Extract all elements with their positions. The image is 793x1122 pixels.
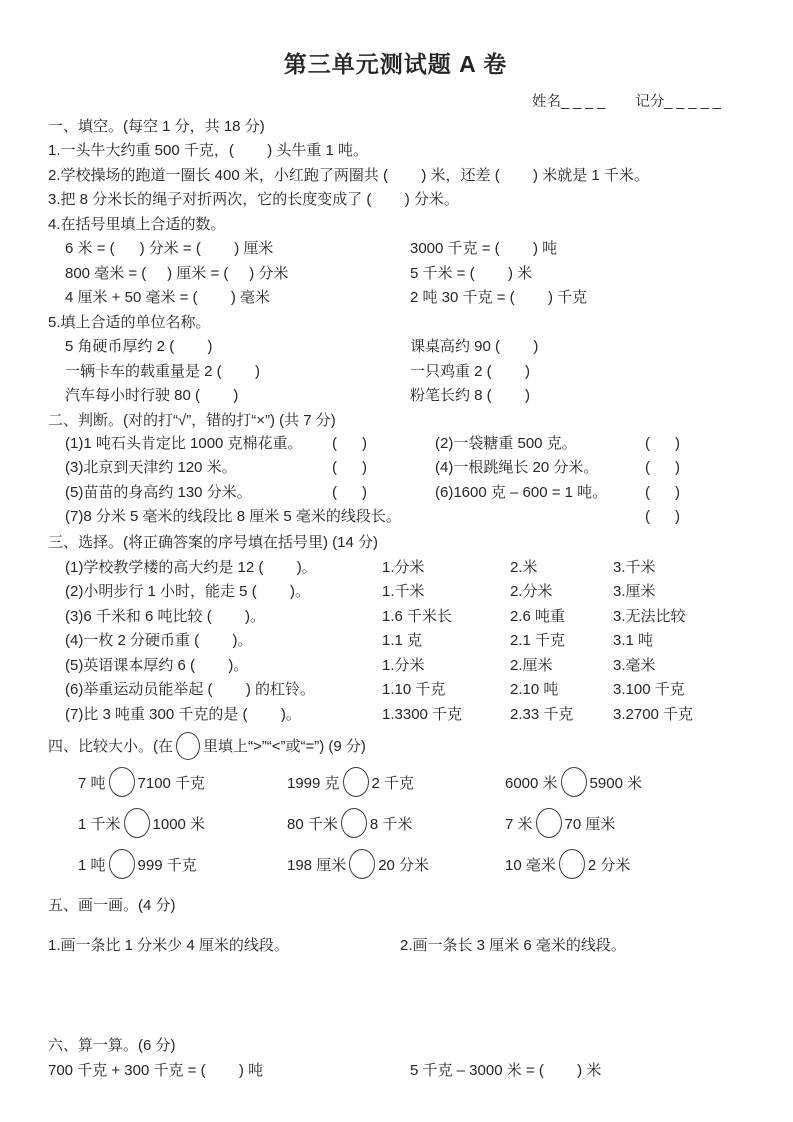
choice-option: 3.无法比较 xyxy=(613,605,743,626)
draw-items-row: 1.画一条比 1 分米少 4 厘米的线段。 2.画一条长 3 厘米 6 毫米的线… xyxy=(48,932,743,957)
compare-row: 7 吨 7100 千克 1999 克 2 千克 6000 米 5900 米 xyxy=(48,762,743,803)
fill-blank-right: 5 千米 = ( ) 米 xyxy=(410,262,532,283)
section-choice-heading: 三、选择。(将正确答案的序号填在括号里) (14 分) xyxy=(48,530,743,555)
fill-unit-right: 课桌高约 90 ( ) xyxy=(410,335,538,356)
judge-statement: (7)8 分米 5 毫米的线段比 8 厘米 5 毫米的线段长。 xyxy=(65,505,401,530)
fill-q5-row: 汽车每小时行驶 80 ( ) 粉笔长约 8 ( ) xyxy=(48,383,743,408)
answer-bracket: ( ) xyxy=(332,456,367,481)
choice-option: 2.33 千克 xyxy=(510,703,613,724)
choice-option: 2.10 吨 xyxy=(510,678,613,699)
compare-left: 7 米 xyxy=(505,813,533,834)
judge-statement: (4)一根跳绳长 20 分米。 xyxy=(435,456,598,481)
compare-item: 1 吨 999 千克 xyxy=(78,849,287,879)
choice-option: 2.分米 xyxy=(510,580,613,601)
compare-left: 1 吨 xyxy=(78,854,106,875)
compare-left: 10 毫米 xyxy=(505,854,556,875)
compare-left: 1 千米 xyxy=(78,813,121,834)
choice-option: 1.千米 xyxy=(382,580,510,601)
fill-q4-row: 4 厘米 + 50 毫米 = ( ) 毫米 2 吨 30 千克 = ( ) 千克 xyxy=(48,285,743,310)
fill-q5-row: 5 角硬币厚约 2 ( ) 课桌高约 90 ( ) xyxy=(48,334,743,359)
fill-q3: 3.把 8 分米长的绳子对折两次，它的长度变成了 ( ) 分米。 xyxy=(48,187,743,212)
section-draw-heading: 五、画一画。(4 分) xyxy=(48,893,743,918)
compare-right: 999 千克 xyxy=(138,854,197,875)
compare-left: 1999 克 xyxy=(287,772,340,793)
comparison-circle-icon xyxy=(536,808,562,838)
choice-question: (7)比 3 吨重 300 千克的是 ( )。 xyxy=(65,703,382,724)
judge-row: (5)苗苗的身高约 130 分米。 ( ) (6)1600 克 – 600 = … xyxy=(48,481,743,506)
fill-unit-right: 粉笔长约 8 ( ) xyxy=(410,384,530,405)
choice-row: (6)举重运动员能举起 ( ) 的杠铃。 1.10 千克 2.10 吨 3.10… xyxy=(48,677,743,702)
choice-question: (6)举重运动员能举起 ( ) 的杠铃。 xyxy=(65,678,382,699)
choice-option: 3.毫米 xyxy=(613,654,743,675)
compare-item: 1999 克 2 千克 xyxy=(287,767,505,797)
compare-right: 7100 千克 xyxy=(138,772,206,793)
comparison-circle-icon xyxy=(109,849,135,879)
name-field: 姓名_ _ _ _ xyxy=(532,90,605,111)
answer-bracket: ( ) xyxy=(645,456,680,481)
answer-bracket: ( ) xyxy=(645,432,680,457)
choice-option: 1.3300 千克 xyxy=(382,703,510,724)
section-compare-heading: 四、比较大小。(在 里填上“>”“<”或“=”) (9 分) xyxy=(48,730,743,762)
comparison-circle-icon xyxy=(559,849,585,879)
compare-right: 20 分米 xyxy=(378,854,429,875)
section-fill-heading: 一、填空。(每空 1 分，共 18 分) xyxy=(48,113,743,138)
compare-right: 1000 米 xyxy=(153,813,206,834)
worksheet-page: 第三单元测试题 A 卷 姓名_ _ _ _ 记分_ _ _ _ _ 一、填空。(… xyxy=(0,0,793,1122)
choice-option: 3.2700 千克 xyxy=(613,703,743,724)
judge-statement: (3)北京到天津约 120 米。 xyxy=(65,456,237,481)
comparison-circle-icon xyxy=(561,767,587,797)
comparison-circle-icon xyxy=(341,808,367,838)
answer-bracket: ( ) xyxy=(332,481,367,506)
choice-row: (7)比 3 吨重 300 千克的是 ( )。 1.3300 千克 2.33 千… xyxy=(48,701,743,726)
calc-item: 5 千克 – 3000 米 = ( ) 米 xyxy=(410,1059,743,1080)
choice-option: 1.分米 xyxy=(382,556,510,577)
choice-row: (2)小明步行 1 小时，能走 5 ( )。 1.千米 2.分米 3.厘米 xyxy=(48,579,743,604)
choice-option: 2.米 xyxy=(510,556,613,577)
choice-option: 3.1 吨 xyxy=(613,629,743,650)
compare-item: 7 米 70 厘米 xyxy=(505,808,743,838)
compare-item: 7 吨 7100 千克 xyxy=(78,767,287,797)
judge-statement: (2)一袋糖重 500 克。 xyxy=(435,432,577,457)
fill-unit-left: 5 角硬币厚约 2 ( ) xyxy=(65,335,410,356)
compare-left: 6000 米 xyxy=(505,772,558,793)
compare-right: 2 分米 xyxy=(588,854,631,875)
calc-items-row: 700 千克 + 300 千克 = ( ) 吨 5 千克 – 3000 米 = … xyxy=(48,1057,743,1082)
compare-left: 198 厘米 xyxy=(287,854,346,875)
name-score-row: 姓名_ _ _ _ 记分_ _ _ _ _ xyxy=(48,89,743,111)
answer-bracket: ( ) xyxy=(645,481,680,506)
compare-item: 198 厘米 20 分米 xyxy=(287,849,505,879)
compare-item: 10 毫米 2 分米 xyxy=(505,849,743,879)
judge-row: (3)北京到天津约 120 米。 ( ) (4)一根跳绳长 20 分米。 ( ) xyxy=(48,456,743,481)
fill-blank-left: 6 米 = ( ) 分米 = ( ) 厘米 xyxy=(65,237,410,258)
choice-option: 3.厘米 xyxy=(613,580,743,601)
fill-q5: 5.填上合适的单位名称。 xyxy=(48,309,743,334)
fill-q4: 4.在括号里填上合适的数。 xyxy=(48,211,743,236)
comparison-circle-icon xyxy=(176,732,200,760)
compare-right: 5900 米 xyxy=(590,772,643,793)
compare-row: 1 吨 999 千克 198 厘米 20 分米 10 毫米 2 分米 xyxy=(48,844,743,885)
page-title: 第三单元测试题 A 卷 xyxy=(48,46,743,79)
choice-option: 1.1 克 xyxy=(382,629,510,650)
section-calc-heading: 六、算一算。(6 分) xyxy=(48,1033,743,1058)
fill-unit-right: 一只鸡重 2 ( ) xyxy=(410,360,530,381)
fill-blank-left: 4 厘米 + 50 毫米 = ( ) 毫米 xyxy=(65,286,410,307)
choice-option: 2.厘米 xyxy=(510,654,613,675)
choice-option: 2.1 千克 xyxy=(510,629,613,650)
compare-right: 8 千米 xyxy=(370,813,413,834)
judge-statement: (5)苗苗的身高约 130 分米。 xyxy=(65,481,252,506)
choice-row: (3)6 千米和 6 吨比较 ( )。 1.6 千米长 2.6 吨重 3.无法比… xyxy=(48,603,743,628)
choice-option: 1.6 千米长 xyxy=(382,605,510,626)
choice-row: (4)一枚 2 分硬币重 ( )。 1.1 克 2.1 千克 3.1 吨 xyxy=(48,628,743,653)
fill-q1: 1.一头牛大约重 500 千克，( ) 头牛重 1 吨。 xyxy=(48,138,743,163)
comparison-circle-icon xyxy=(124,808,150,838)
choice-option: 2.6 吨重 xyxy=(510,605,613,626)
choice-question: (2)小明步行 1 小时，能走 5 ( )。 xyxy=(65,580,382,601)
choice-option: 3.千米 xyxy=(613,556,743,577)
compare-item: 80 千米 8 千米 xyxy=(287,808,505,838)
choice-option: 3.100 千克 xyxy=(613,678,743,699)
choice-option: 1.分米 xyxy=(382,654,510,675)
choice-question: (3)6 千米和 6 吨比较 ( )。 xyxy=(65,605,382,626)
judge-row: (7)8 分米 5 毫米的线段比 8 厘米 5 毫米的线段长。 ( ) xyxy=(48,505,743,530)
compare-heading-pre: 四、比较大小。(在 xyxy=(48,735,173,756)
fill-unit-left: 一辆卡车的载重量是 2 ( ) xyxy=(65,360,410,381)
choice-row: (5)英语课本厚约 6 ( )。 1.分米 2.厘米 3.毫米 xyxy=(48,652,743,677)
compare-row: 1 千米 1000 米 80 千米 8 千米 7 米 70 厘米 xyxy=(48,803,743,844)
fill-blank-right: 2 吨 30 千克 = ( ) 千克 xyxy=(410,286,587,307)
judge-statement: (1)1 吨石头肯定比 1000 克棉花重。 xyxy=(65,432,303,457)
calc-item: 700 千克 + 300 千克 = ( ) 吨 xyxy=(48,1059,410,1080)
fill-q4-row: 6 米 = ( ) 分米 = ( ) 厘米 3000 千克 = ( ) 吨 xyxy=(48,236,743,261)
compare-right: 2 千克 xyxy=(372,772,415,793)
choice-row: (1)学校教学楼的高大约是 12 ( )。 1.分米 2.米 3.千米 xyxy=(48,554,743,579)
fill-q2: 2.学校操场的跑道一圈长 400 米，小红跑了两圈共 ( ) 米，还差 ( ) … xyxy=(48,162,743,187)
compare-item: 1 千米 1000 米 xyxy=(78,808,287,838)
compare-right: 70 厘米 xyxy=(565,813,616,834)
comparison-circle-icon xyxy=(349,849,375,879)
section-judge-heading: 二、判断。(对的打“√”，错的打“×”) (共 7 分) xyxy=(48,407,743,432)
comparison-circle-icon xyxy=(109,767,135,797)
score-field: 记分_ _ _ _ _ xyxy=(635,90,720,111)
compare-left: 80 千米 xyxy=(287,813,338,834)
answer-bracket: ( ) xyxy=(645,505,680,530)
draw-item: 1.画一条比 1 分米少 4 厘米的线段。 xyxy=(48,934,400,955)
fill-blank-right: 3000 千克 = ( ) 吨 xyxy=(410,237,557,258)
judge-row: (1)1 吨石头肯定比 1000 克棉花重。 ( ) (2)一袋糖重 500 克… xyxy=(48,432,743,457)
choice-option: 1.10 千克 xyxy=(382,678,510,699)
draw-item: 2.画一条长 3 厘米 6 毫米的线段。 xyxy=(400,934,743,955)
choice-question: (1)学校教学楼的高大约是 12 ( )。 xyxy=(65,556,382,577)
fill-q5-row: 一辆卡车的载重量是 2 ( ) 一只鸡重 2 ( ) xyxy=(48,358,743,383)
fill-unit-left: 汽车每小时行驶 80 ( ) xyxy=(65,384,410,405)
compare-heading-post: 里填上“>”“<”或“=”) (9 分) xyxy=(203,735,366,756)
choice-question: (5)英语课本厚约 6 ( )。 xyxy=(65,654,382,675)
choice-question: (4)一枚 2 分硬币重 ( )。 xyxy=(65,629,382,650)
fill-q4-row: 800 毫米 = ( ) 厘米 = ( ) 分米 5 千米 = ( ) 米 xyxy=(48,260,743,285)
compare-left: 7 吨 xyxy=(78,772,106,793)
answer-bracket: ( ) xyxy=(332,432,367,457)
compare-item: 6000 米 5900 米 xyxy=(505,767,743,797)
comparison-circle-icon xyxy=(343,767,369,797)
fill-blank-left: 800 毫米 = ( ) 厘米 = ( ) 分米 xyxy=(65,262,410,283)
judge-statement: (6)1600 克 – 600 = 1 吨。 xyxy=(435,481,607,506)
